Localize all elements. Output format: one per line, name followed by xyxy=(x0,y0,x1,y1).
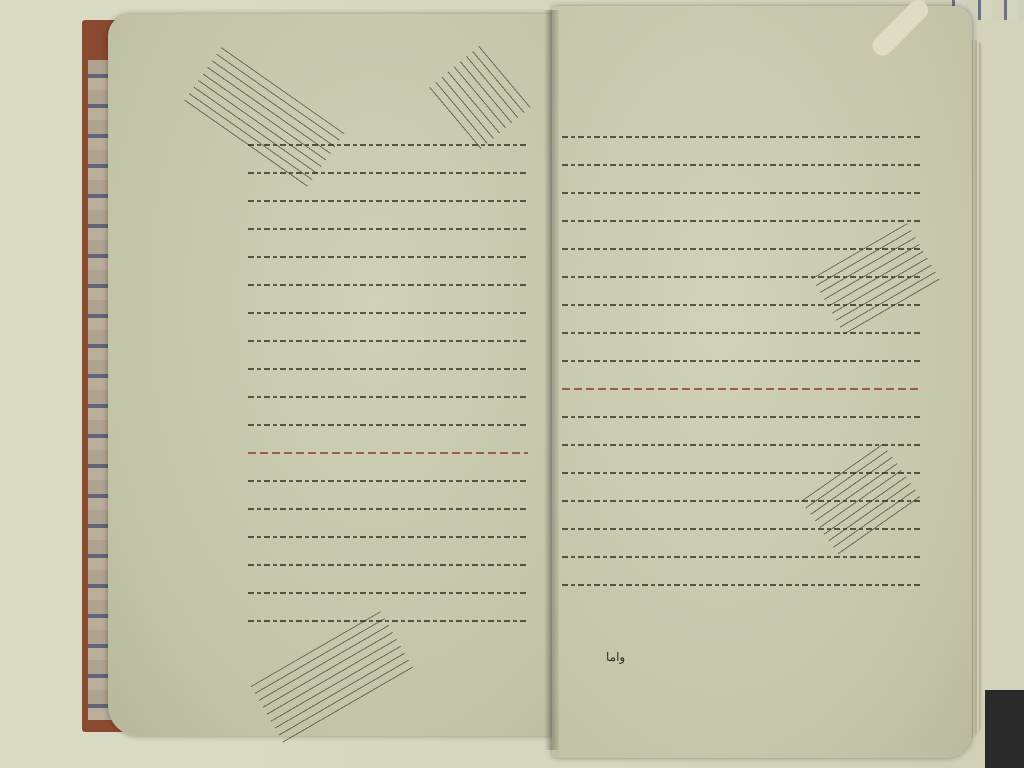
right-page xyxy=(552,6,972,758)
right-surface xyxy=(978,20,1024,700)
book-gutter xyxy=(545,10,559,750)
margin-note-top-center xyxy=(425,46,530,152)
left-page-text-block xyxy=(248,144,528,648)
closing-word: واما xyxy=(606,650,625,664)
left-page xyxy=(108,14,554,736)
dark-corner xyxy=(985,690,1024,768)
right-page-text-block xyxy=(562,136,922,612)
